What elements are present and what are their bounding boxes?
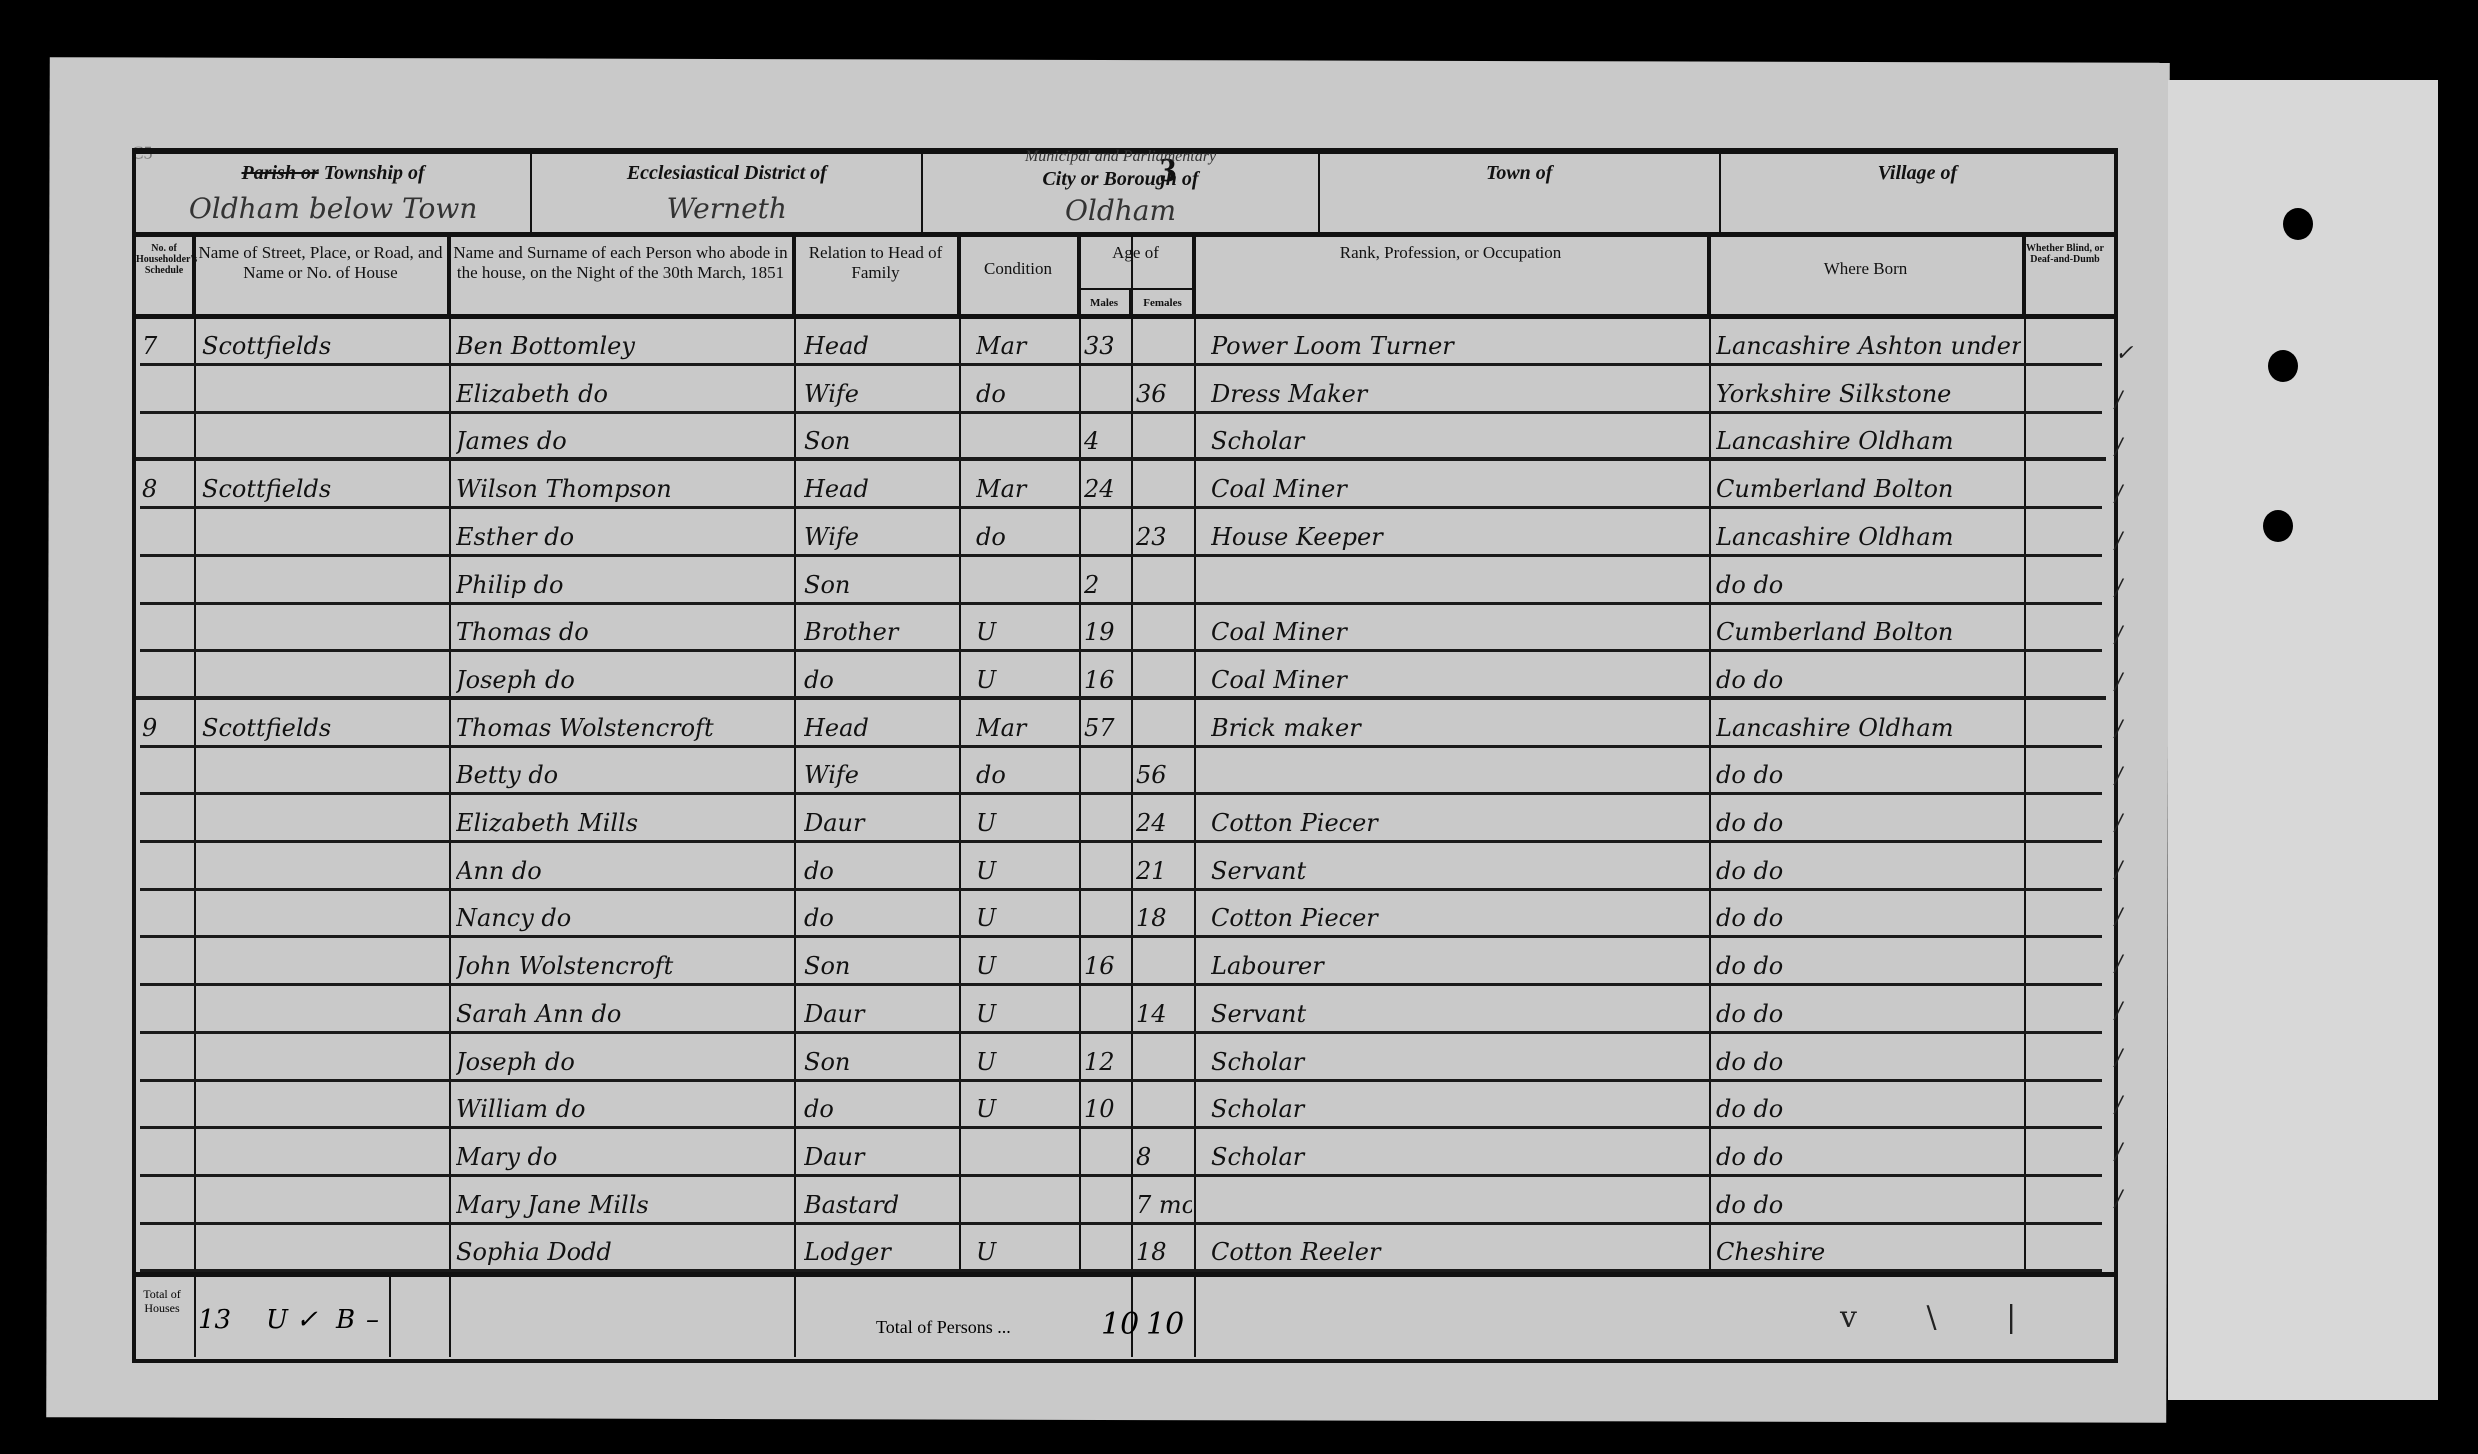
cell-female-age: 14	[1136, 1000, 1192, 1028]
cell-relation: do	[804, 857, 954, 885]
cell-relation: Wife	[804, 380, 954, 408]
cell-relation: Head	[804, 475, 954, 503]
cell-where-born: Cumberland Bolton	[1716, 475, 2021, 503]
cell-male-age: 57	[1084, 714, 1129, 742]
cell-relation: Bastard	[804, 1191, 954, 1219]
col-occupation: Rank, Profession, or Occupation	[1194, 237, 1709, 314]
row-rule	[140, 840, 2102, 843]
margin-tick: /	[2115, 1176, 2145, 1223]
city-label: City or Borough of	[923, 168, 1317, 191]
row-rule	[140, 602, 2102, 605]
cell-occupation: Cotton Reeler	[1211, 1238, 1706, 1266]
table-row: Nancy dodoU18Cotton Piecerdo do	[136, 891, 2114, 938]
cell-occupation: Brick maker	[1211, 714, 1706, 742]
cell-name: William do	[456, 1095, 791, 1123]
totals-row: Total of Houses 13 U ✓ B – Total of Pers…	[136, 1272, 2114, 1362]
cell-occupation: Coal Miner	[1211, 618, 1706, 646]
row-rule	[140, 1079, 2102, 1082]
table-row: Elizabeth MillsDaurU24Cotton Piecerdo do	[136, 796, 2114, 843]
cell-occupation: House Keeper	[1211, 523, 1706, 551]
row-rule	[140, 888, 2102, 891]
cell-schedule: 7	[142, 332, 190, 360]
table-row: Joseph dodoU16Coal Minerdo do	[136, 653, 2114, 700]
cell-condition: do	[976, 380, 1076, 408]
township-cell: Parish or Township of Oldham below Town	[136, 154, 532, 232]
cell-condition: U	[976, 1095, 1076, 1123]
margin-tick: ✓	[2115, 330, 2145, 377]
cell-occupation: Scholar	[1211, 1143, 1706, 1171]
row-rule	[136, 457, 2106, 461]
cell-condition: U	[976, 904, 1076, 932]
cell-occupation: Cotton Piecer	[1211, 809, 1706, 837]
cell-condition: U	[976, 1000, 1076, 1028]
cell-name: Thomas do	[456, 618, 791, 646]
table-row: Mary doDaur8Scholardo do	[136, 1130, 2114, 1177]
cell-occupation: Servant	[1211, 1000, 1706, 1028]
cell-male-age: 12	[1084, 1048, 1129, 1076]
census-table: Parish or Township of Oldham below Town …	[132, 148, 2118, 1363]
city-value: Oldham	[923, 194, 1317, 227]
cell-where-born: do do	[1716, 666, 2021, 694]
cell-condition: U	[976, 857, 1076, 885]
town-label: Town of	[1320, 162, 1719, 185]
margin-tick: /	[2115, 659, 2145, 706]
cell-relation: Son	[804, 1048, 954, 1076]
cell-male-age: 10	[1084, 1095, 1129, 1123]
cell-occupation: Dress Maker	[1211, 380, 1706, 408]
houses-box	[136, 1277, 391, 1357]
total-females: 10	[1146, 1307, 1184, 1342]
cell-where-born: do do	[1716, 1048, 2021, 1076]
cell-occupation: Servant	[1211, 857, 1706, 885]
cell-name: Philip do	[456, 571, 791, 599]
table-row: 7ScottfieldsBen BottomleyHeadMar33Power …	[136, 319, 2114, 366]
cell-where-born: do do	[1716, 1191, 2021, 1219]
cell-female-age: 56	[1136, 761, 1192, 789]
cell-schedule: 9	[142, 714, 190, 742]
total-males: 10	[1101, 1307, 1139, 1342]
cell-condition: do	[976, 523, 1076, 551]
table-row: Mary Jane MillsBastard7 modo do	[136, 1178, 2114, 1225]
cell-name: James do	[456, 427, 791, 455]
row-rule	[136, 696, 2106, 700]
cell-name: Joseph do	[456, 1048, 791, 1076]
cell-female-age: 18	[1136, 1238, 1192, 1266]
row-rule	[140, 792, 2102, 795]
cell-occupation: Coal Miner	[1211, 666, 1706, 694]
cell-relation: do	[804, 904, 954, 932]
cell-relation: Son	[804, 952, 954, 980]
row-rule	[140, 1222, 2102, 1225]
cell-name: Ann do	[456, 857, 791, 885]
margin-tick: /	[2115, 424, 2145, 471]
table-row: Sarah Ann doDaurU14Servantdo do	[136, 987, 2114, 1034]
township-value: Oldham below Town	[136, 192, 530, 225]
row-rule	[140, 506, 2102, 509]
cell-name: Sophia Dodd	[456, 1238, 791, 1266]
cell-name: Elizabeth Mills	[456, 809, 791, 837]
col-where-born: Where Born	[1709, 237, 2024, 314]
col-street: Name of Street, Place, or Road, and Name…	[194, 237, 449, 314]
cell-where-born: do do	[1716, 952, 2021, 980]
cell-street: Scottfields	[202, 332, 442, 360]
cell-name: Joseph do	[456, 666, 791, 694]
cell-occupation: Power Loom Turner	[1211, 332, 1706, 360]
col-age-label: Age of	[1112, 243, 1159, 262]
table-row: James doSon4ScholarLancashire Oldham	[136, 414, 2114, 461]
total-persons-label: Total of Persons ...	[876, 1317, 1011, 1338]
cell-female-age: 23	[1136, 523, 1192, 551]
cell-where-born: do do	[1716, 1095, 2021, 1123]
row-rule	[140, 983, 2102, 986]
margin-tick: /	[2115, 988, 2145, 1035]
cell-condition: Mar	[976, 332, 1076, 360]
margin-tick: /	[2115, 706, 2145, 753]
column-header-row: No. of Householder's Schedule Name of St…	[136, 237, 2114, 319]
cell-relation: Lodger	[804, 1238, 954, 1266]
punch-hole	[2268, 350, 2298, 382]
cell-condition: U	[976, 666, 1076, 694]
row-rule	[140, 1031, 2102, 1034]
ecclesiastical-cell: Ecclesiastical District of Werneth	[532, 154, 923, 232]
location-header: Parish or Township of Oldham below Town …	[136, 154, 2114, 237]
cell-where-born: do do	[1716, 1000, 2021, 1028]
table-row: Joseph doSonU12Scholardo do	[136, 1035, 2114, 1082]
col-age: Age of Males Females	[1079, 237, 1194, 314]
table-row: William dodoU10Scholardo do	[136, 1082, 2114, 1129]
cell-where-born: do do	[1716, 904, 2021, 932]
cell-relation: Head	[804, 714, 954, 742]
cell-name: Betty do	[456, 761, 791, 789]
col-condition: Condition	[959, 237, 1079, 314]
village-label: Village of	[1721, 162, 2114, 185]
cell-relation: Wife	[804, 761, 954, 789]
bottom-marks: v \ |	[1840, 1300, 2046, 1335]
cell-where-born: Cumberland Bolton	[1716, 618, 2021, 646]
cell-name: John Wolstencroft	[456, 952, 791, 980]
col-females: Females	[1131, 288, 1194, 314]
cell-name: Ben Bottomley	[456, 332, 791, 360]
cell-female-age: 24	[1136, 809, 1192, 837]
row-rule	[140, 411, 2102, 414]
cell-schedule: 8	[142, 475, 190, 503]
cell-male-age: 19	[1084, 618, 1129, 646]
cell-street: Scottfields	[202, 475, 442, 503]
cell-relation: Wife	[804, 523, 954, 551]
cell-condition: U	[976, 809, 1076, 837]
col-name: Name and Surname of each Person who abod…	[449, 237, 794, 314]
cell-relation: Daur	[804, 1000, 954, 1028]
margin-tick: /	[2115, 753, 2145, 800]
cell-condition: do	[976, 761, 1076, 789]
cell-male-age: 16	[1084, 952, 1129, 980]
ecclesiastical-label: Ecclesiastical District of	[532, 162, 921, 185]
row-rule	[140, 363, 2102, 366]
cell-occupation: Coal Miner	[1211, 475, 1706, 503]
cell-where-born: do do	[1716, 857, 2021, 885]
margin-tick: /	[2115, 565, 2145, 612]
col-relation: Relation to Head of Family	[794, 237, 959, 314]
town-cell: Town of	[1320, 154, 1721, 232]
cell-name: Nancy do	[456, 904, 791, 932]
binding-strip	[2168, 80, 2438, 1400]
row-rule	[140, 935, 2102, 938]
cell-where-born: Lancashire Oldham	[1716, 523, 2021, 551]
parish-struck-label: Parish or	[241, 162, 318, 184]
table-row: 8ScottfieldsWilson ThompsonHeadMar24Coal…	[136, 462, 2114, 509]
cell-occupation: Scholar	[1211, 1095, 1706, 1123]
row-rule	[140, 554, 2102, 557]
cell-where-born: Lancashire Ashton under Lyne	[1716, 332, 2021, 360]
cell-female-age: 8	[1136, 1143, 1192, 1171]
row-rule	[140, 745, 2102, 748]
col-males: Males	[1079, 288, 1131, 314]
cell-name: Elizabeth do	[456, 380, 791, 408]
cell-male-age: 4	[1084, 427, 1129, 455]
city-annotation: Municipal and Parliamentary	[923, 148, 1317, 166]
table-row: Elizabeth doWifedo36Dress MakerYorkshire…	[136, 367, 2114, 414]
margin-tick: /	[2115, 612, 2145, 659]
cell-occupation: Cotton Piecer	[1211, 904, 1706, 932]
table-row: 9ScottfieldsThomas WolstencroftHeadMar57…	[136, 701, 2114, 748]
cell-occupation: Labourer	[1211, 952, 1706, 980]
margin-tick: /	[2115, 1129, 2145, 1176]
cell-where-born: Lancashire Oldham	[1716, 427, 2021, 455]
cell-male-age: 24	[1084, 475, 1129, 503]
cell-condition: U	[976, 952, 1076, 980]
cell-relation: Daur	[804, 809, 954, 837]
margin-tick: /	[2115, 1082, 2145, 1129]
margin-tick: /	[2115, 377, 2145, 424]
ecclesiastical-value: Werneth	[532, 192, 921, 225]
cell-relation: Son	[804, 427, 954, 455]
cell-occupation: Scholar	[1211, 1048, 1706, 1076]
margin-tick: /	[2115, 471, 2145, 518]
cell-relation: Son	[804, 571, 954, 599]
margin-tick: /	[2115, 894, 2145, 941]
table-row: Philip doSon2do do	[136, 558, 2114, 605]
table-row: Sophia DoddLodgerU18Cotton ReelerCheshir…	[136, 1225, 2114, 1272]
margin-checkmarks: ✓//////////////////	[2115, 330, 2145, 1223]
cell-condition: Mar	[976, 714, 1076, 742]
cell-relation: Head	[804, 332, 954, 360]
table-row: Betty doWifedo56do do	[136, 748, 2114, 795]
township-label: Township of	[324, 162, 425, 184]
col-blind: Whether Blind, or Deaf-and-Dumb	[2024, 237, 2106, 314]
cell-where-born: do do	[1716, 1143, 2021, 1171]
cell-where-born: Yorkshire Silkstone	[1716, 380, 2021, 408]
cell-where-born: Cheshire	[1716, 1238, 2021, 1266]
margin-tick: /	[2115, 1035, 2145, 1082]
cell-relation: Brother	[804, 618, 954, 646]
cell-relation: do	[804, 1095, 954, 1123]
cell-occupation: Scholar	[1211, 427, 1706, 455]
cell-male-age: 2	[1084, 571, 1129, 599]
cell-male-age: 16	[1084, 666, 1129, 694]
margin-tick: /	[2115, 941, 2145, 988]
cell-name: Mary Jane Mills	[456, 1191, 791, 1219]
margin-tick: /	[2115, 518, 2145, 565]
margin-tick: /	[2115, 800, 2145, 847]
cell-condition: U	[976, 618, 1076, 646]
cell-street: Scottfields	[202, 714, 442, 742]
cell-name: Mary do	[456, 1143, 791, 1171]
cell-where-born: Lancashire Oldham	[1716, 714, 2021, 742]
cell-name: Sarah Ann do	[456, 1000, 791, 1028]
margin-tick: /	[2115, 847, 2145, 894]
cell-relation: do	[804, 666, 954, 694]
punch-hole	[2283, 208, 2313, 240]
cell-name: Thomas Wolstencroft	[456, 714, 791, 742]
table-row: Ann dodoU21Servantdo do	[136, 844, 2114, 891]
cell-condition: U	[976, 1238, 1076, 1266]
cell-where-born: do do	[1716, 761, 2021, 789]
cell-relation: Daur	[804, 1143, 954, 1171]
row-rule	[140, 1174, 2102, 1177]
cell-female-age: 7 mo	[1136, 1191, 1192, 1219]
table-row: John WolstencroftSonU16Labourerdo do	[136, 939, 2114, 986]
row-rule	[140, 649, 2102, 652]
cell-name: Esther do	[456, 523, 791, 551]
row-rule	[140, 1126, 2102, 1129]
cell-female-age: 18	[1136, 904, 1192, 932]
cell-name: Wilson Thompson	[456, 475, 791, 503]
cell-male-age: 33	[1084, 332, 1129, 360]
village-cell: Village of	[1721, 154, 2114, 232]
table-row: Esther doWifedo23House KeeperLancashire …	[136, 510, 2114, 557]
cell-condition: Mar	[976, 475, 1076, 503]
table-row: Thomas doBrotherU19Coal MinerCumberland …	[136, 605, 2114, 652]
cell-where-born: do do	[1716, 809, 2021, 837]
cell-where-born: do do	[1716, 571, 2021, 599]
cell-female-age: 36	[1136, 380, 1192, 408]
cell-condition: U	[976, 1048, 1076, 1076]
cell-female-age: 21	[1136, 857, 1192, 885]
city-cell: Municipal and Parliamentary City or Boro…	[923, 154, 1319, 232]
punch-hole	[2263, 510, 2293, 542]
col-schedule: No. of Householder's Schedule	[136, 237, 194, 314]
